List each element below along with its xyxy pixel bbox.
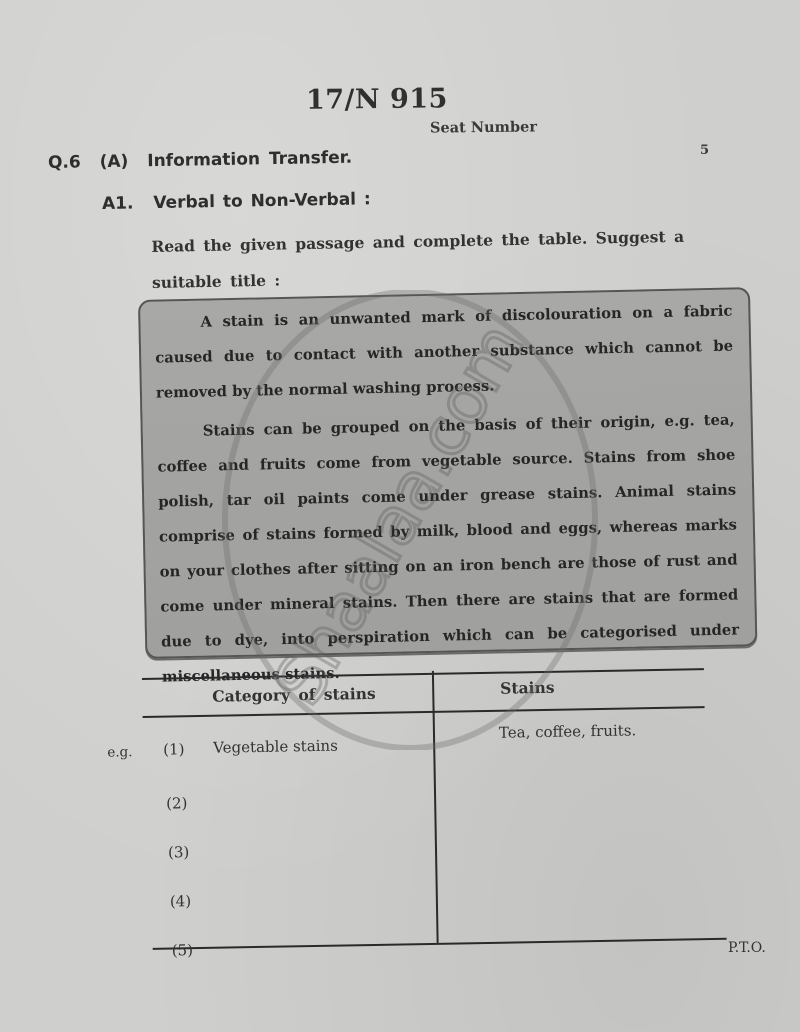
table-bottom-rule — [153, 938, 727, 950]
row-number: (1) — [163, 740, 185, 758]
table-top-rule — [142, 668, 704, 680]
row-number: (4) — [170, 892, 192, 910]
stains-table: Category of stains Stains e.g. (1) Veget… — [0, 0, 800, 1032]
table-row: (2) — [0, 0, 788, 3]
example-label: e.g. — [107, 744, 132, 760]
row-number: (3) — [168, 843, 190, 861]
row-number: (2) — [166, 794, 188, 812]
table-row: (3) — [0, 0, 788, 3]
table-row: (1) Vegetable stains Tea, coffee, fruits… — [0, 0, 788, 3]
row-number: (5) — [172, 941, 194, 959]
exam-page: 17/N 915 Seat Number 5 Q.6 (A) Informati… — [0, 0, 800, 1032]
row-category: Vegetable stains — [213, 737, 338, 757]
pto-label: P.T.O. — [728, 940, 766, 956]
table-header-rule — [143, 706, 705, 718]
header-stains: Stains — [500, 678, 555, 698]
header-category: Category of stains — [212, 684, 376, 706]
table-row: (5) — [0, 0, 788, 3]
row-stains: Tea, coffee, fruits. — [499, 721, 637, 741]
table-row: (4) — [0, 0, 788, 3]
